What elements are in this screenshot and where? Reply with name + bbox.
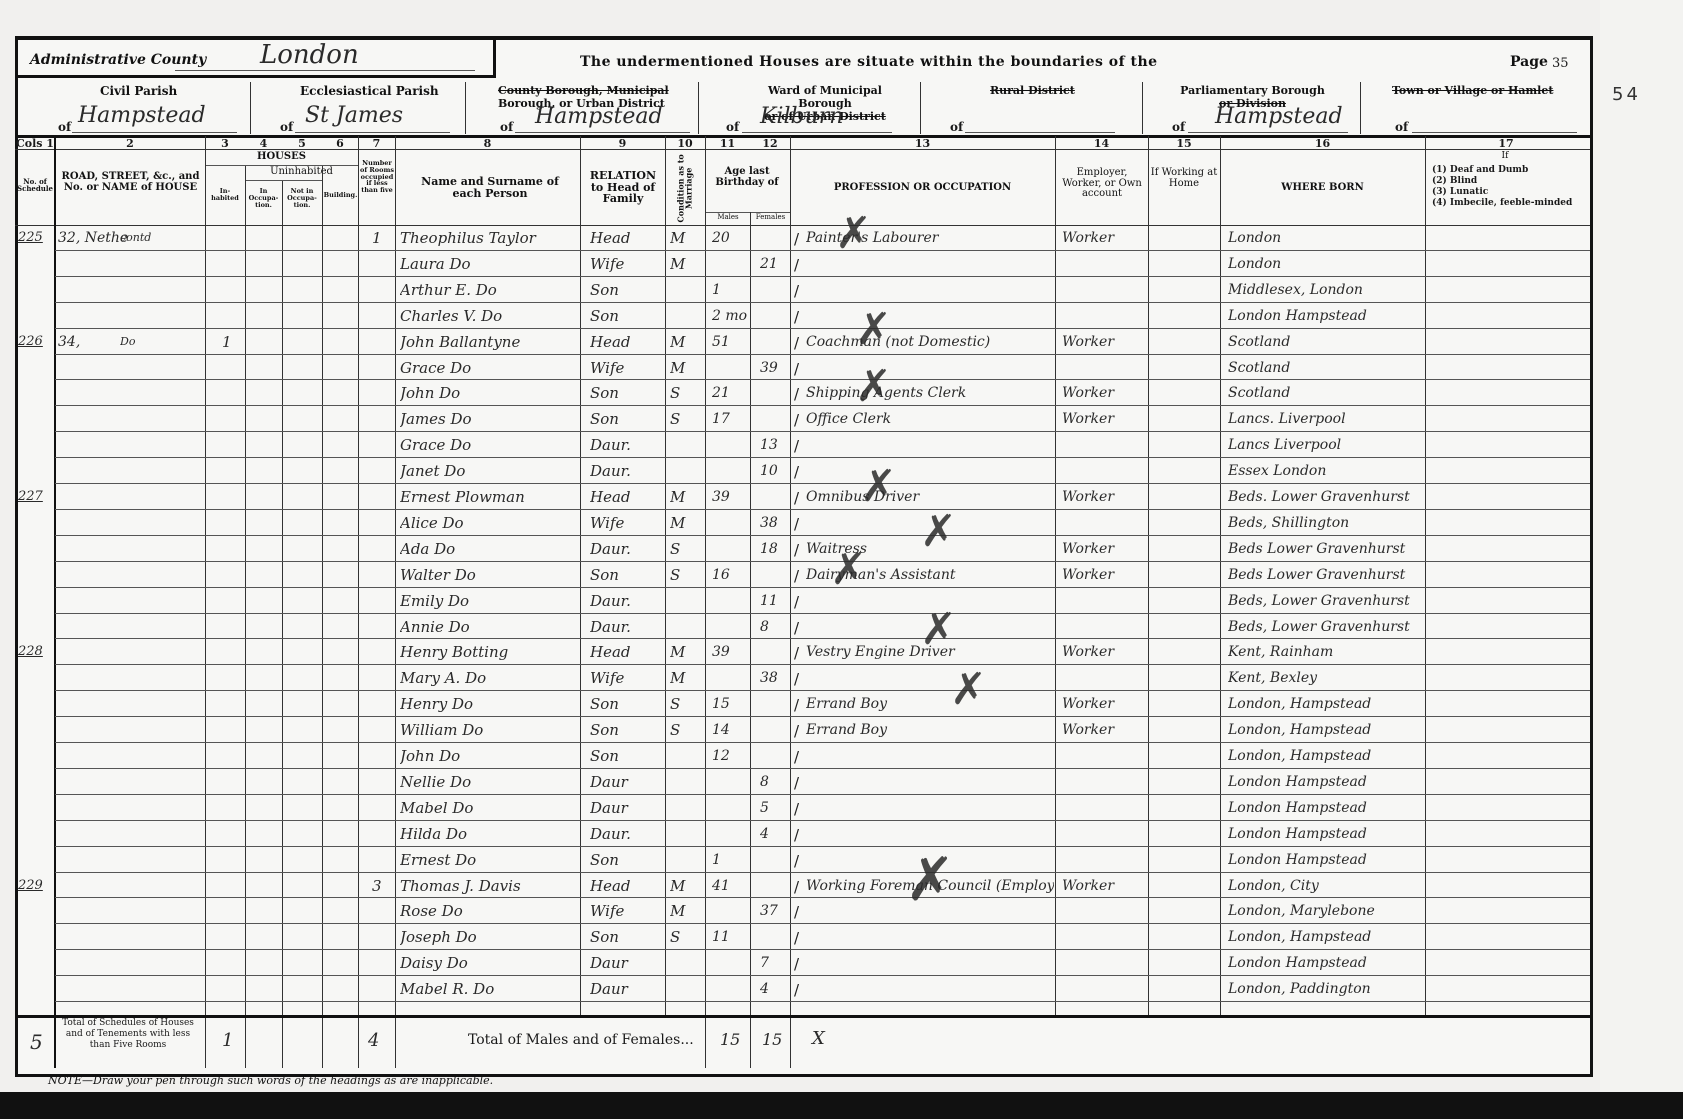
- infirmity: [1432, 718, 1582, 742]
- age-male: [712, 796, 748, 820]
- employment-status: [1062, 252, 1148, 276]
- address-note: [120, 511, 200, 535]
- relation: Daur.: [590, 537, 664, 561]
- row-rule: [55, 975, 1590, 976]
- address-note: [120, 537, 200, 561]
- parl-borough-label-line1: Parliamentary Borough: [1180, 84, 1325, 97]
- colnum-1: Cols 1: [15, 137, 55, 150]
- working-at-home: [1152, 252, 1218, 276]
- table-row: Mary A. DoWifeM38Kent, Bexley/: [0, 666, 1600, 692]
- person-name: Daisy Do: [400, 951, 578, 975]
- relation: Daur.: [590, 433, 664, 457]
- working-at-home: [1152, 278, 1218, 302]
- age-male: [712, 951, 748, 975]
- address-note: [120, 822, 200, 846]
- birthplace: London Hampstead: [1228, 796, 1424, 820]
- schedule-number: 229: [18, 874, 54, 898]
- inhabited-count: [222, 666, 242, 690]
- infirmity: [1432, 951, 1582, 975]
- inhabited-count: [222, 278, 242, 302]
- eccl-parish-label: Ecclesiastical Parish: [300, 84, 439, 98]
- birthplace: Middlesex, London: [1228, 278, 1424, 302]
- header-employment: Employer, Worker, or Own account: [1058, 168, 1146, 200]
- schedule-number: [18, 615, 54, 639]
- row-rule: [55, 638, 1590, 639]
- check-tick-icon: /: [794, 336, 799, 351]
- row-rule: [55, 276, 1590, 277]
- infirmity: [1432, 822, 1582, 846]
- inhabited-count: [222, 770, 242, 794]
- check-tick-icon: /: [794, 672, 799, 687]
- relation: Son: [590, 692, 664, 716]
- inhabited-count: [222, 356, 242, 380]
- address: [58, 381, 128, 405]
- birthplace: London, Hampstead: [1228, 744, 1424, 768]
- inhabited-count: [222, 407, 242, 431]
- age-male: 51: [712, 330, 748, 354]
- header-not-in-occupation: Not in Occupa-tion.: [283, 188, 321, 208]
- relation: Son: [590, 407, 664, 431]
- of-label: of: [726, 120, 739, 134]
- employment-status: [1062, 589, 1148, 613]
- inhabited-count: [222, 848, 242, 872]
- person-name: Grace Do: [400, 356, 578, 380]
- working-at-home: [1152, 381, 1218, 405]
- age-female: 39: [760, 356, 790, 380]
- age-male: [712, 356, 748, 380]
- occupation: [806, 744, 1054, 768]
- check-tick-icon: /: [794, 724, 799, 739]
- address-note: [120, 278, 200, 302]
- age-female: [760, 330, 790, 354]
- marital-condition: M: [670, 485, 700, 509]
- person-name: Henry Do: [400, 692, 578, 716]
- age-female: [760, 692, 790, 716]
- address: [58, 459, 128, 483]
- working-at-home: [1152, 744, 1218, 768]
- header-uninhabited: Uninhabited: [245, 167, 358, 178]
- county-borough-value: Hampstead: [535, 104, 663, 129]
- row-rule: [55, 328, 1590, 329]
- check-tick-icon: /: [794, 698, 799, 713]
- birthplace: London Hampstead: [1228, 770, 1424, 794]
- employment-status: Worker: [1062, 874, 1148, 898]
- working-at-home: [1152, 692, 1218, 716]
- check-tick-icon: /: [794, 802, 799, 817]
- age-female: 13: [760, 433, 790, 457]
- age-female: 38: [760, 511, 790, 535]
- employment-status: [1062, 848, 1148, 872]
- table-row: Grace DoWifeM39Scotland/: [0, 356, 1600, 382]
- address-note: [120, 874, 200, 898]
- inhabited-count: [222, 744, 242, 768]
- inhabited-count: [222, 589, 242, 613]
- person-name: Arthur E. Do: [400, 278, 578, 302]
- address: [58, 537, 128, 561]
- check-tick-icon: /: [794, 491, 799, 506]
- birthplace: Beds, Shillington: [1228, 511, 1424, 535]
- infirmity: [1432, 563, 1582, 587]
- age-male: 15: [712, 692, 748, 716]
- age-male: 21: [712, 381, 748, 405]
- rooms-count: [372, 330, 392, 354]
- inhabited-count: [222, 252, 242, 276]
- infirmity: [1432, 511, 1582, 535]
- check-tick-icon: /: [794, 931, 799, 946]
- address-note: [120, 977, 200, 1001]
- person-name: Ernest Do: [400, 848, 578, 872]
- inhabited-count: [222, 899, 242, 923]
- working-at-home: [1152, 640, 1218, 664]
- colnum-14: 14: [1055, 137, 1148, 150]
- employment-status: [1062, 925, 1148, 949]
- schedule-number: 228: [18, 640, 54, 664]
- relation: Daur.: [590, 615, 664, 639]
- employment-status: Worker: [1062, 718, 1148, 742]
- address: [58, 407, 128, 431]
- occupation: [806, 666, 1054, 690]
- row-rule: [55, 457, 1590, 458]
- employment-status: Worker: [1062, 330, 1148, 354]
- rooms-count: [372, 770, 392, 794]
- check-tick-icon: /: [794, 957, 799, 972]
- employment-status: Worker: [1062, 640, 1148, 664]
- table-row: 2293Thomas J. DavisHeadM41Working Forema…: [0, 874, 1600, 900]
- table-row: Annie DoDaur.8Beds, Lower Gravenhurst/: [0, 615, 1600, 641]
- infirmity: [1432, 848, 1582, 872]
- table-row: Ada DoDaur.S18WaitressWorkerBeds Lower G…: [0, 537, 1600, 563]
- table-row: Mabel DoDaur5London Hampstead/: [0, 796, 1600, 822]
- marital-condition: [670, 459, 700, 483]
- inhabited-count: [222, 874, 242, 898]
- cross-mark-icon: ✗: [920, 510, 957, 554]
- marital-condition: [670, 589, 700, 613]
- colnum-10: 10: [665, 137, 705, 150]
- check-tick-icon: /: [794, 854, 799, 869]
- person-name: Walter Do: [400, 563, 578, 587]
- total-mark: X: [812, 1028, 825, 1049]
- working-at-home: [1152, 459, 1218, 483]
- person-name: John Do: [400, 381, 578, 405]
- address-note: [120, 770, 200, 794]
- age-male: 39: [712, 640, 748, 664]
- employment-status: Worker: [1062, 407, 1148, 431]
- rooms-count: [372, 278, 392, 302]
- age-male: [712, 977, 748, 1001]
- address-note: [120, 848, 200, 872]
- colnum-12: 12: [750, 137, 790, 150]
- age-female: [760, 381, 790, 405]
- address-note: [120, 666, 200, 690]
- schedule-number: [18, 563, 54, 587]
- address-note: [120, 951, 200, 975]
- inhabited-count: 1: [222, 330, 242, 354]
- infirmity: [1432, 226, 1582, 250]
- rooms-count: [372, 304, 392, 328]
- table-row: 22532, Netherwood St.contd1Theophilus Ta…: [0, 226, 1600, 252]
- rooms-count: [372, 640, 392, 664]
- rooms-count: 3: [372, 874, 392, 898]
- check-tick-icon: /: [794, 621, 799, 636]
- age-male: 11: [712, 925, 748, 949]
- employment-status: [1062, 433, 1148, 457]
- birthplace: Beds Lower Gravenhurst: [1228, 563, 1424, 587]
- colnum-6: 6: [322, 137, 358, 150]
- infirmity: [1432, 666, 1582, 690]
- age-female: [760, 485, 790, 509]
- age-male: [712, 537, 748, 561]
- address: [58, 615, 128, 639]
- address: [58, 356, 128, 380]
- row-rule: [55, 846, 1590, 847]
- employment-status: Worker: [1062, 381, 1148, 405]
- marital-condition: S: [670, 692, 700, 716]
- birthplace: Scotland: [1228, 330, 1424, 354]
- birthplace: London Hampstead: [1228, 848, 1424, 872]
- employment-status: [1062, 304, 1148, 328]
- schedule-number: [18, 356, 54, 380]
- address: [58, 252, 128, 276]
- cross-mark-icon: ✗: [835, 212, 872, 256]
- row-rule: [55, 250, 1590, 251]
- intro-text: The undermentioned Houses are situate wi…: [580, 54, 1158, 70]
- working-at-home: [1152, 563, 1218, 587]
- inhabited-count: [222, 563, 242, 587]
- row-rule: [55, 302, 1590, 303]
- table-row: 227Ernest PlowmanHeadM39Omnibus DriverWo…: [0, 485, 1600, 511]
- row-rule: [55, 483, 1590, 484]
- row-rule: [55, 561, 1590, 562]
- birthplace: London, Marylebone: [1228, 899, 1424, 923]
- infirmity-item: (1) Deaf and Dumb: [1432, 165, 1572, 176]
- table-row: Mabel R. DoDaur4London, Paddington/: [0, 977, 1600, 1003]
- marital-condition: M: [670, 356, 700, 380]
- header-name: Name and Surname of each Person: [415, 176, 565, 199]
- age-male: 39: [712, 485, 748, 509]
- marital-condition: S: [670, 563, 700, 587]
- birthplace: London Hampstead: [1228, 951, 1424, 975]
- address: [58, 433, 128, 457]
- header-condition: Condition as to Marriage: [677, 153, 694, 223]
- relation: Wife: [590, 356, 664, 380]
- marital-condition: M: [670, 666, 700, 690]
- relation: Son: [590, 848, 664, 872]
- employment-status: [1062, 744, 1148, 768]
- cross-mark-icon: ✗: [855, 365, 892, 409]
- header-females: Females: [751, 214, 790, 221]
- infirmity: [1432, 356, 1582, 380]
- table-row: Emily DoDaur.11Beds, Lower Gravenhurst/: [0, 589, 1600, 615]
- infirmity: [1432, 640, 1582, 664]
- occupation: [806, 822, 1054, 846]
- working-at-home: [1152, 977, 1218, 1001]
- infirmity: [1432, 744, 1582, 768]
- table-row: Hilda DoDaur.4London Hampstead/: [0, 822, 1600, 848]
- address-note: [120, 925, 200, 949]
- eccl-parish-value: St James: [305, 103, 403, 128]
- address: [58, 848, 128, 872]
- schedule-number: [18, 433, 54, 457]
- working-at-home: [1152, 226, 1218, 250]
- infirmity: [1432, 874, 1582, 898]
- check-tick-icon: /: [794, 828, 799, 843]
- employment-status: Worker: [1062, 537, 1148, 561]
- working-at-home: [1152, 433, 1218, 457]
- colnum-16: 16: [1220, 137, 1425, 150]
- inhabited-count: [222, 459, 242, 483]
- employment-status: Worker: [1062, 226, 1148, 250]
- person-name: Laura Do: [400, 252, 578, 276]
- person-name: Rose Do: [400, 899, 578, 923]
- scan-bottom-margin: [0, 1092, 1683, 1119]
- table-row: 22634,Do1John BallantyneHeadM51Coachman …: [0, 330, 1600, 356]
- check-tick-icon: /: [794, 595, 799, 610]
- address: [58, 485, 128, 509]
- row-rule: [55, 872, 1590, 873]
- cross-mark-icon: ✗: [920, 608, 957, 652]
- header-in-occupation: In Occupa-tion.: [246, 188, 281, 208]
- infirmity: [1432, 692, 1582, 716]
- rooms-count: [372, 692, 392, 716]
- working-at-home: [1152, 589, 1218, 613]
- table-row: Walter DoSonS16Dairyman's AssistantWorke…: [0, 563, 1600, 589]
- marital-condition: [670, 433, 700, 457]
- occupation: [806, 977, 1054, 1001]
- rooms-count: [372, 589, 392, 613]
- employment-status: [1062, 822, 1148, 846]
- address-note: [120, 589, 200, 613]
- birthplace: London: [1228, 226, 1424, 250]
- infirmity: [1432, 459, 1582, 483]
- age-male: [712, 511, 748, 535]
- margin-folio-number: 54: [1612, 84, 1641, 105]
- relation: Wife: [590, 899, 664, 923]
- relation: Son: [590, 278, 664, 302]
- occupation: [806, 433, 1054, 457]
- birthplace: Beds. Lower Gravenhurst: [1228, 485, 1424, 509]
- of-label: of: [280, 120, 293, 134]
- working-at-home: [1152, 899, 1218, 923]
- age-female: [760, 226, 790, 250]
- age-male: [712, 589, 748, 613]
- address-note: [120, 459, 200, 483]
- marital-condition: [670, 278, 700, 302]
- occupation: [806, 925, 1054, 949]
- schedule-number: [18, 278, 54, 302]
- relation: Head: [590, 874, 664, 898]
- address: [58, 278, 128, 302]
- table-row: Daisy DoDaur7London Hampstead/: [0, 951, 1600, 977]
- birthplace: London: [1228, 252, 1424, 276]
- address: [58, 563, 128, 587]
- marital-condition: [670, 822, 700, 846]
- age-female: 37: [760, 899, 790, 923]
- age-male: 14: [712, 718, 748, 742]
- total-males: 15: [720, 1030, 740, 1049]
- person-name: Theophilus Taylor: [400, 226, 578, 250]
- inhabited-count: [222, 718, 242, 742]
- total-inhabited: 1: [222, 1030, 233, 1051]
- rooms-count: [372, 718, 392, 742]
- age-male: 12: [712, 744, 748, 768]
- check-tick-icon: /: [794, 983, 799, 998]
- infirmity: [1432, 278, 1582, 302]
- schedule-number: [18, 951, 54, 975]
- rooms-count: [372, 252, 392, 276]
- check-tick-icon: /: [794, 310, 799, 325]
- occupation: [806, 770, 1054, 794]
- row-rule: [55, 690, 1590, 691]
- person-name: Thomas J. Davis: [400, 874, 578, 898]
- rooms-count: [372, 925, 392, 949]
- working-at-home: [1152, 718, 1218, 742]
- check-tick-icon: /: [794, 543, 799, 558]
- birthplace: Scotland: [1228, 381, 1424, 405]
- working-at-home: [1152, 951, 1218, 975]
- address: [58, 744, 128, 768]
- cross-mark-icon: ✗: [950, 668, 987, 712]
- address-note: [120, 796, 200, 820]
- working-at-home: [1152, 822, 1218, 846]
- row-rule: [55, 716, 1590, 717]
- person-name: Emily Do: [400, 589, 578, 613]
- colnum-9: 9: [580, 137, 665, 150]
- check-tick-icon: /: [794, 413, 799, 428]
- relation: Daur: [590, 951, 664, 975]
- relation: Daur.: [590, 459, 664, 483]
- occupation: Errand Boy: [806, 718, 1054, 742]
- civil-parish-value: Hampstead: [78, 103, 206, 128]
- birthplace: Beds, Lower Gravenhurst: [1228, 615, 1424, 639]
- table-row: Laura DoWifeM21London/: [0, 252, 1600, 278]
- age-male: [712, 666, 748, 690]
- infirmity: [1432, 796, 1582, 820]
- age-female: [760, 718, 790, 742]
- table-row: James DoSonS17Office ClerkWorkerLancs. L…: [0, 407, 1600, 433]
- civil-parish-label: Civil Parish: [100, 84, 177, 98]
- rooms-count: [372, 796, 392, 820]
- address: 32, Netherwood St.: [58, 226, 128, 250]
- working-at-home: [1152, 407, 1218, 431]
- inhabited-count: [222, 433, 242, 457]
- address: [58, 822, 128, 846]
- marital-condition: [670, 304, 700, 328]
- address-note: [120, 485, 200, 509]
- age-female: [760, 925, 790, 949]
- marital-condition: M: [670, 640, 700, 664]
- county-borough-label-line1: County Borough, Municipal: [498, 84, 669, 97]
- infirmity: [1432, 381, 1582, 405]
- row-rule: [55, 923, 1590, 924]
- address-note: [120, 356, 200, 380]
- admin-county-value: London: [260, 40, 359, 70]
- cross-mark-icon: ✗: [905, 850, 955, 910]
- rooms-count: 1: [372, 226, 392, 250]
- address-note: [120, 899, 200, 923]
- age-male: [712, 899, 748, 923]
- table-row: Alice DoWifeM38Beds, Shillington/: [0, 511, 1600, 537]
- age-male: [712, 433, 748, 457]
- of-label: of: [500, 120, 513, 134]
- age-male: 17: [712, 407, 748, 431]
- working-at-home: [1152, 485, 1218, 509]
- marital-condition: [670, 744, 700, 768]
- check-tick-icon: /: [794, 258, 799, 273]
- table-row: Henry DoSonS15Errand BoyWorkerLondon, Ha…: [0, 692, 1600, 718]
- age-female: 7: [760, 951, 790, 975]
- inhabited-count: [222, 640, 242, 664]
- birthplace: Kent, Rainham: [1228, 640, 1424, 664]
